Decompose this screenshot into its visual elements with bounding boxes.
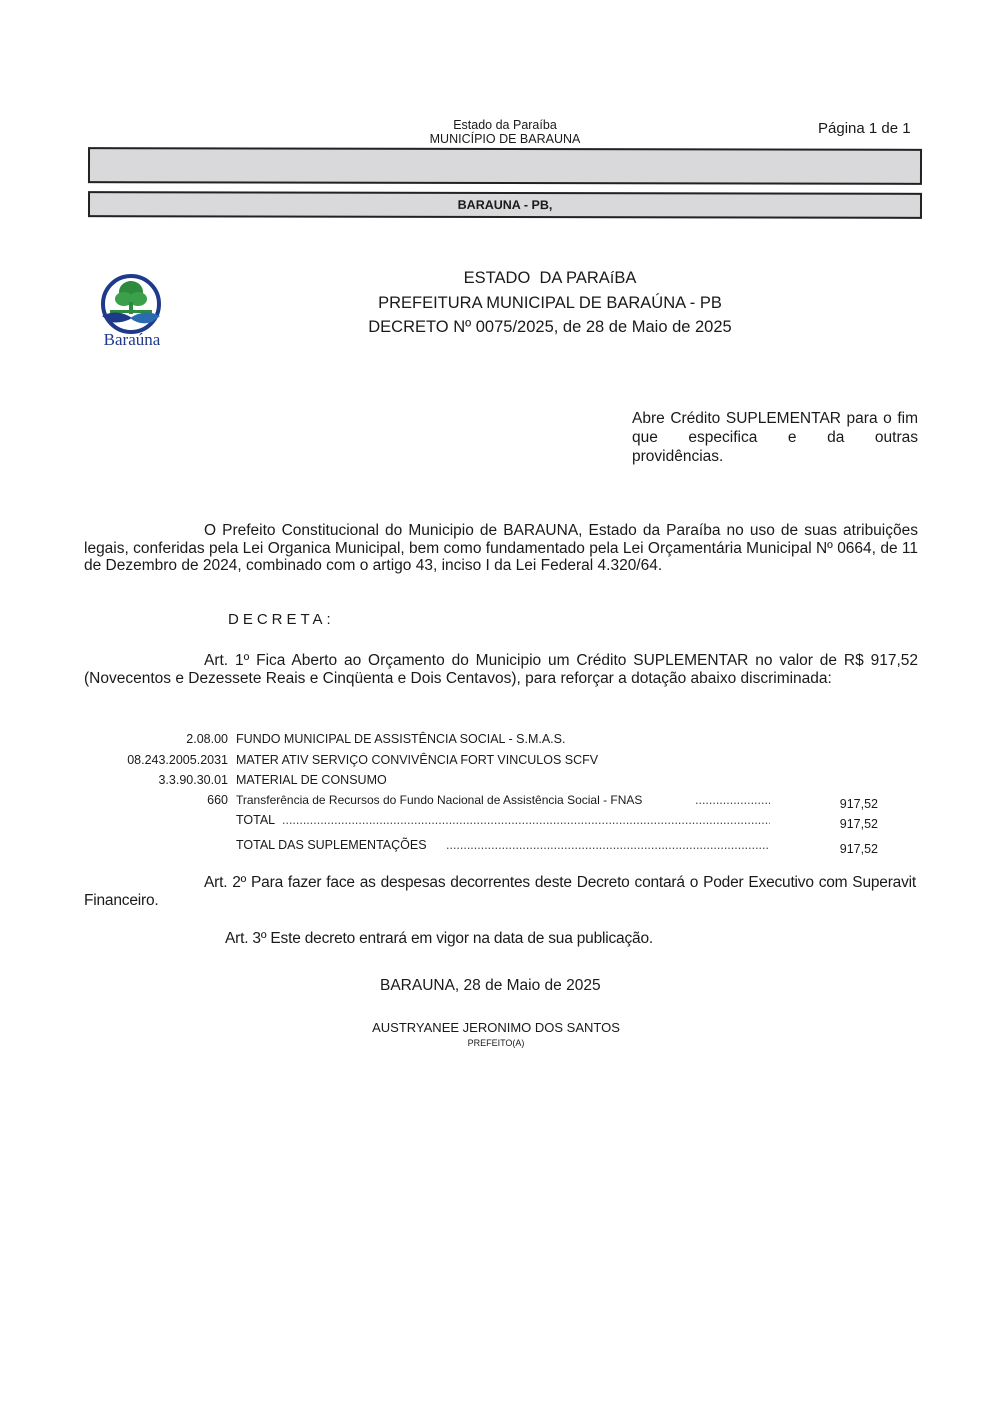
summary-text-last: providências. — [632, 447, 918, 466]
header-box-location: BARAUNA - PB, — [88, 191, 922, 219]
header-state-line: Estado da Paraíba — [400, 118, 610, 132]
place-date: BARAUNA, 28 de Maio de 2025 — [380, 977, 601, 995]
dot-leader: ........................................… — [446, 838, 770, 852]
total-label: TOTAL — [236, 813, 275, 827]
header-issuer: Estado da Paraíba MUNICÍPIO DE BARAUNA — [400, 118, 610, 146]
signer-name: AUSTRYANEE JERONIMO DOS SANTOS — [366, 1020, 626, 1035]
total-value: 917,52 — [798, 817, 878, 831]
allocation-description: FUNDO MUNICIPAL DE ASSISTÊNCIA SOCIAL - … — [236, 732, 565, 746]
allocation-description: MATERIAL DE CONSUMO — [236, 773, 387, 787]
header-municipality-line: MUNICÍPIO DE BARAUNA — [400, 132, 610, 146]
total-supplements-label: TOTAL DAS SUPLEMENTAÇÕES — [236, 838, 427, 852]
allocation-code: 08.243.2005.2031 — [100, 753, 228, 767]
title-prefecture: PREFEITURA MUNICIPAL DE BARAÚNA - PB — [340, 291, 760, 316]
document-title: ESTADO DA PARAíBA PREFEITURA MUNICIPAL D… — [340, 266, 760, 340]
dot-leader: ........................................… — [282, 813, 770, 827]
allocation-code: 2.08.00 — [100, 732, 228, 746]
summary-text: Abre Crédito SUPLEMENTAR para o fim que … — [632, 409, 918, 447]
dot-leader: ........................................ — [695, 793, 770, 807]
total-supplements-value: 917,52 — [798, 842, 878, 856]
decreta-heading: DECRETA: — [228, 611, 335, 628]
header-box-blank — [88, 147, 922, 185]
title-decree-number: DECRETO Nº 0075/2025, de 28 de Maio de 2… — [340, 315, 760, 340]
preamble-paragraph: O Prefeito Constitucional do Municipio d… — [84, 522, 918, 575]
article-2: Art. 2º Para fazer face as despesas deco… — [84, 874, 916, 909]
decree-summary: Abre Crédito SUPLEMENTAR para o fim que … — [632, 409, 918, 466]
source-code: 660 — [100, 793, 228, 807]
logo-text: Baraúna — [92, 330, 172, 350]
title-state: ESTADO DA PARAíBA — [340, 266, 760, 291]
source-description: Transferência de Recursos do Fundo Nacio… — [236, 793, 642, 807]
article-3: Art. 3º Este decreto entrará em vigor na… — [225, 930, 653, 948]
page-indicator: Página 1 de 1 — [818, 120, 911, 137]
allocation-description: MATER ATIV SERVIÇO CONVIVÊNCIA FORT VINC… — [236, 753, 598, 767]
signer-role: PREFEITO(A) — [366, 1038, 626, 1048]
article-1: Art. 1º Fica Aberto ao Orçamento do Muni… — [84, 652, 918, 687]
source-value: 917,52 — [798, 797, 878, 811]
allocation-code: 3.3.90.30.01 — [100, 773, 228, 787]
